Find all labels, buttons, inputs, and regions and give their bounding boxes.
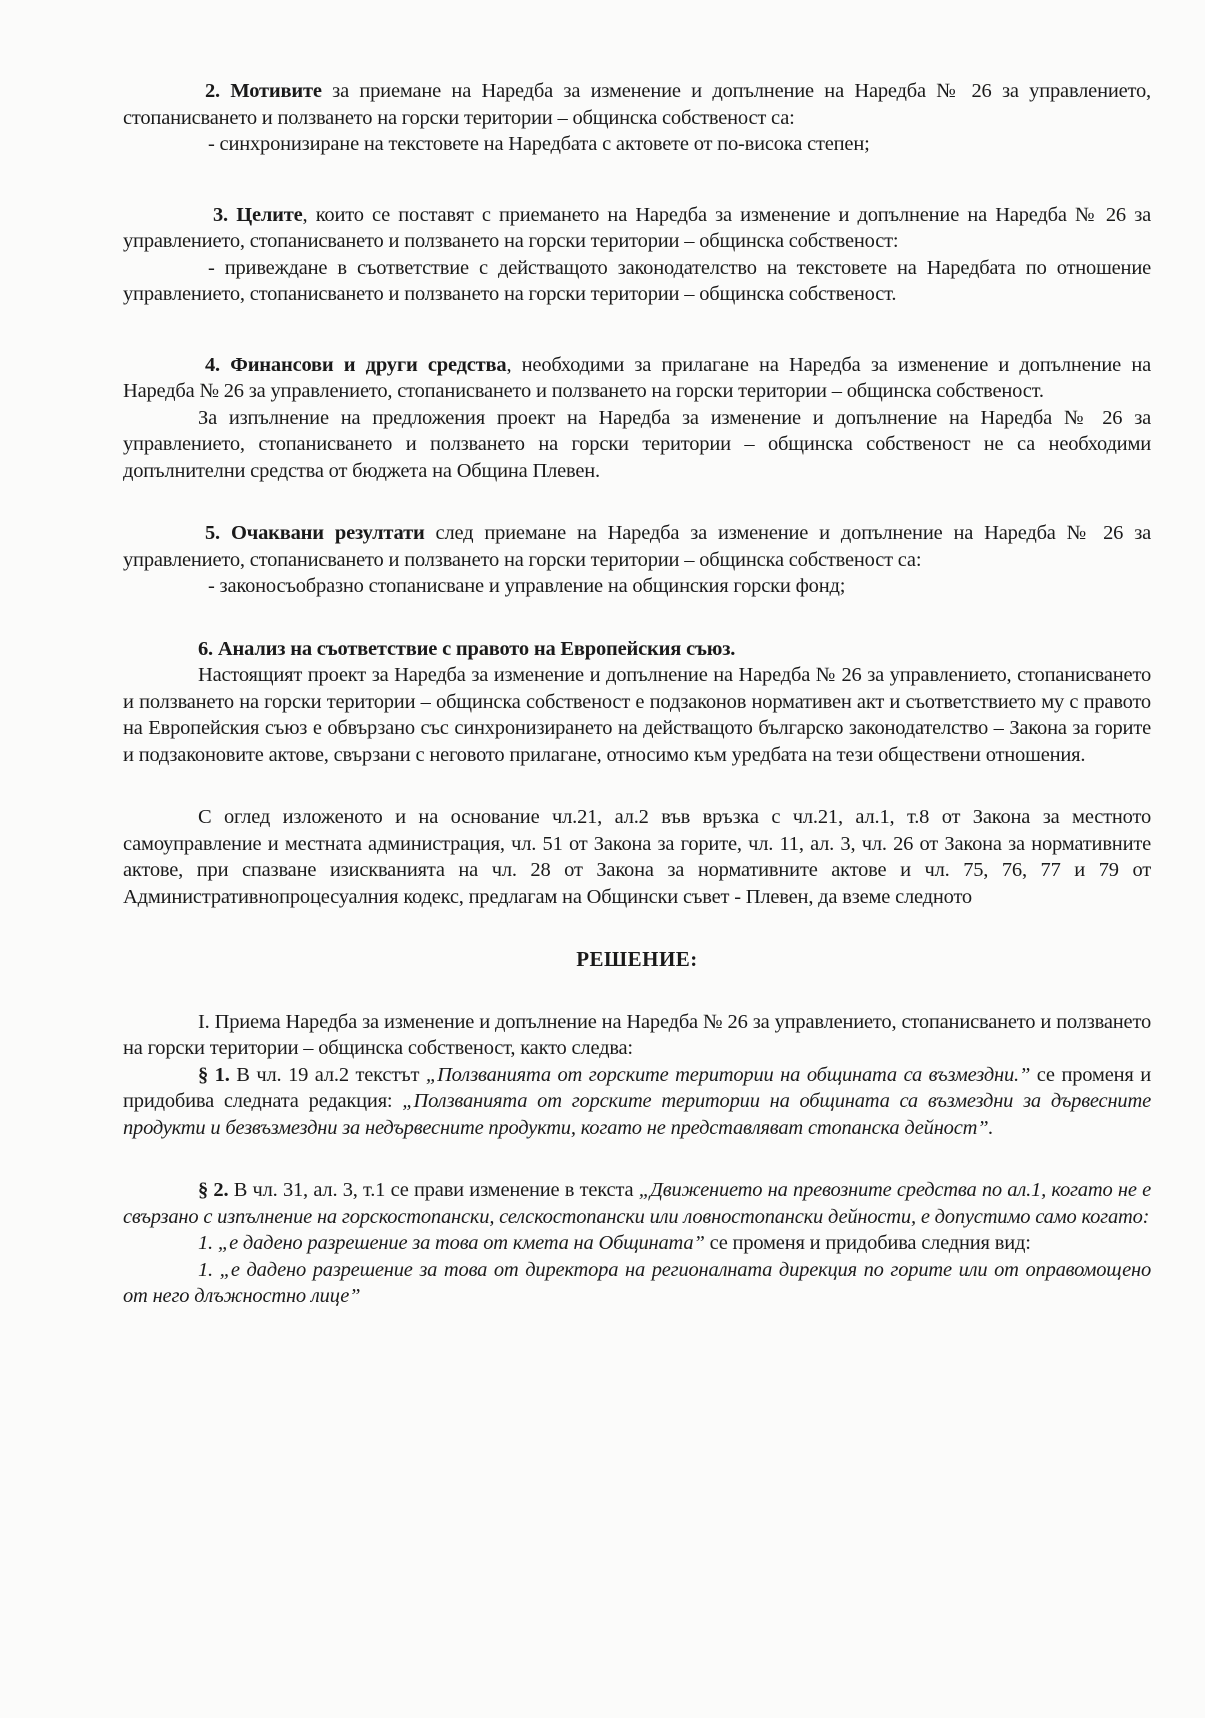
document-body: 2. Мотивите за приемане на Наредба за из… bbox=[123, 78, 1151, 1310]
section-heading: Финансови и други средства bbox=[230, 354, 506, 376]
decision-item: I. Приема Наредба за изменение и допълне… bbox=[123, 1009, 1151, 1062]
paragraph-label: § 1. bbox=[198, 1064, 230, 1086]
section-finance: 4. Финансови и други средства, необходим… bbox=[123, 352, 1151, 405]
section-number: 4. bbox=[205, 354, 220, 376]
paragraph-2-new-item: 1. „е дадено разрешение за това от дирек… bbox=[123, 1257, 1151, 1310]
section-heading: Целите bbox=[236, 204, 302, 226]
quoted-old-text: „Ползванията от горските територии на об… bbox=[426, 1064, 1030, 1086]
paragraph-2-old-item: 1. „е дадено разрешение за това от кмета… bbox=[123, 1230, 1151, 1257]
section-heading: Очаквани резултати bbox=[231, 522, 425, 544]
scanned-page: 2. Мотивите за приемане на Наредба за из… bbox=[0, 0, 1205, 1718]
quoted-old-item: 1. „е дадено разрешение за това от кмета… bbox=[198, 1232, 705, 1254]
section-body: Настоящият проект за Наредба за изменени… bbox=[123, 662, 1151, 768]
section-goals: 3. Целите, които се поставят с приеманет… bbox=[123, 202, 1151, 255]
section-number: 2. bbox=[205, 80, 220, 102]
proposal-paragraph: С оглед изложеното и на основание чл.21,… bbox=[123, 804, 1151, 910]
section-body: За изпълнение на предложения проект на Н… bbox=[123, 405, 1151, 485]
section-bullet: - синхронизиране на текстовете на Наредб… bbox=[123, 131, 1151, 158]
section-results: 5. Очаквани резултати след приемане на Н… bbox=[123, 520, 1151, 573]
paragraph-text: се променя и придобива следния вид: bbox=[705, 1232, 1031, 1254]
section-heading: Мотивите bbox=[230, 80, 321, 102]
section-motives: 2. Мотивите за приемане на Наредба за из… bbox=[123, 78, 1151, 131]
paragraph-text: В чл. 19 ал.2 текстът bbox=[230, 1064, 426, 1086]
section-number: 3. bbox=[213, 204, 228, 226]
paragraph-text: В чл. 31, ал. 3, т.1 се прави изменение … bbox=[228, 1179, 638, 1201]
section-number: 5. bbox=[205, 522, 220, 544]
paragraph-1: § 1. В чл. 19 ал.2 текстът „Ползванията … bbox=[123, 1062, 1151, 1142]
section-bullet: - законосъобразно стопанисване и управле… bbox=[123, 573, 1151, 600]
paragraph-label: § 2. bbox=[198, 1179, 228, 1201]
section-bullet: - привеждане в съответствие с действащот… bbox=[123, 255, 1151, 308]
section-eu-heading: 6. Анализ на съответствие с правото на Е… bbox=[123, 636, 1151, 663]
paragraph-2: § 2. В чл. 31, ал. 3, т.1 се прави измен… bbox=[123, 1177, 1151, 1230]
decision-title: РЕШЕНИЕ: bbox=[123, 946, 1151, 973]
